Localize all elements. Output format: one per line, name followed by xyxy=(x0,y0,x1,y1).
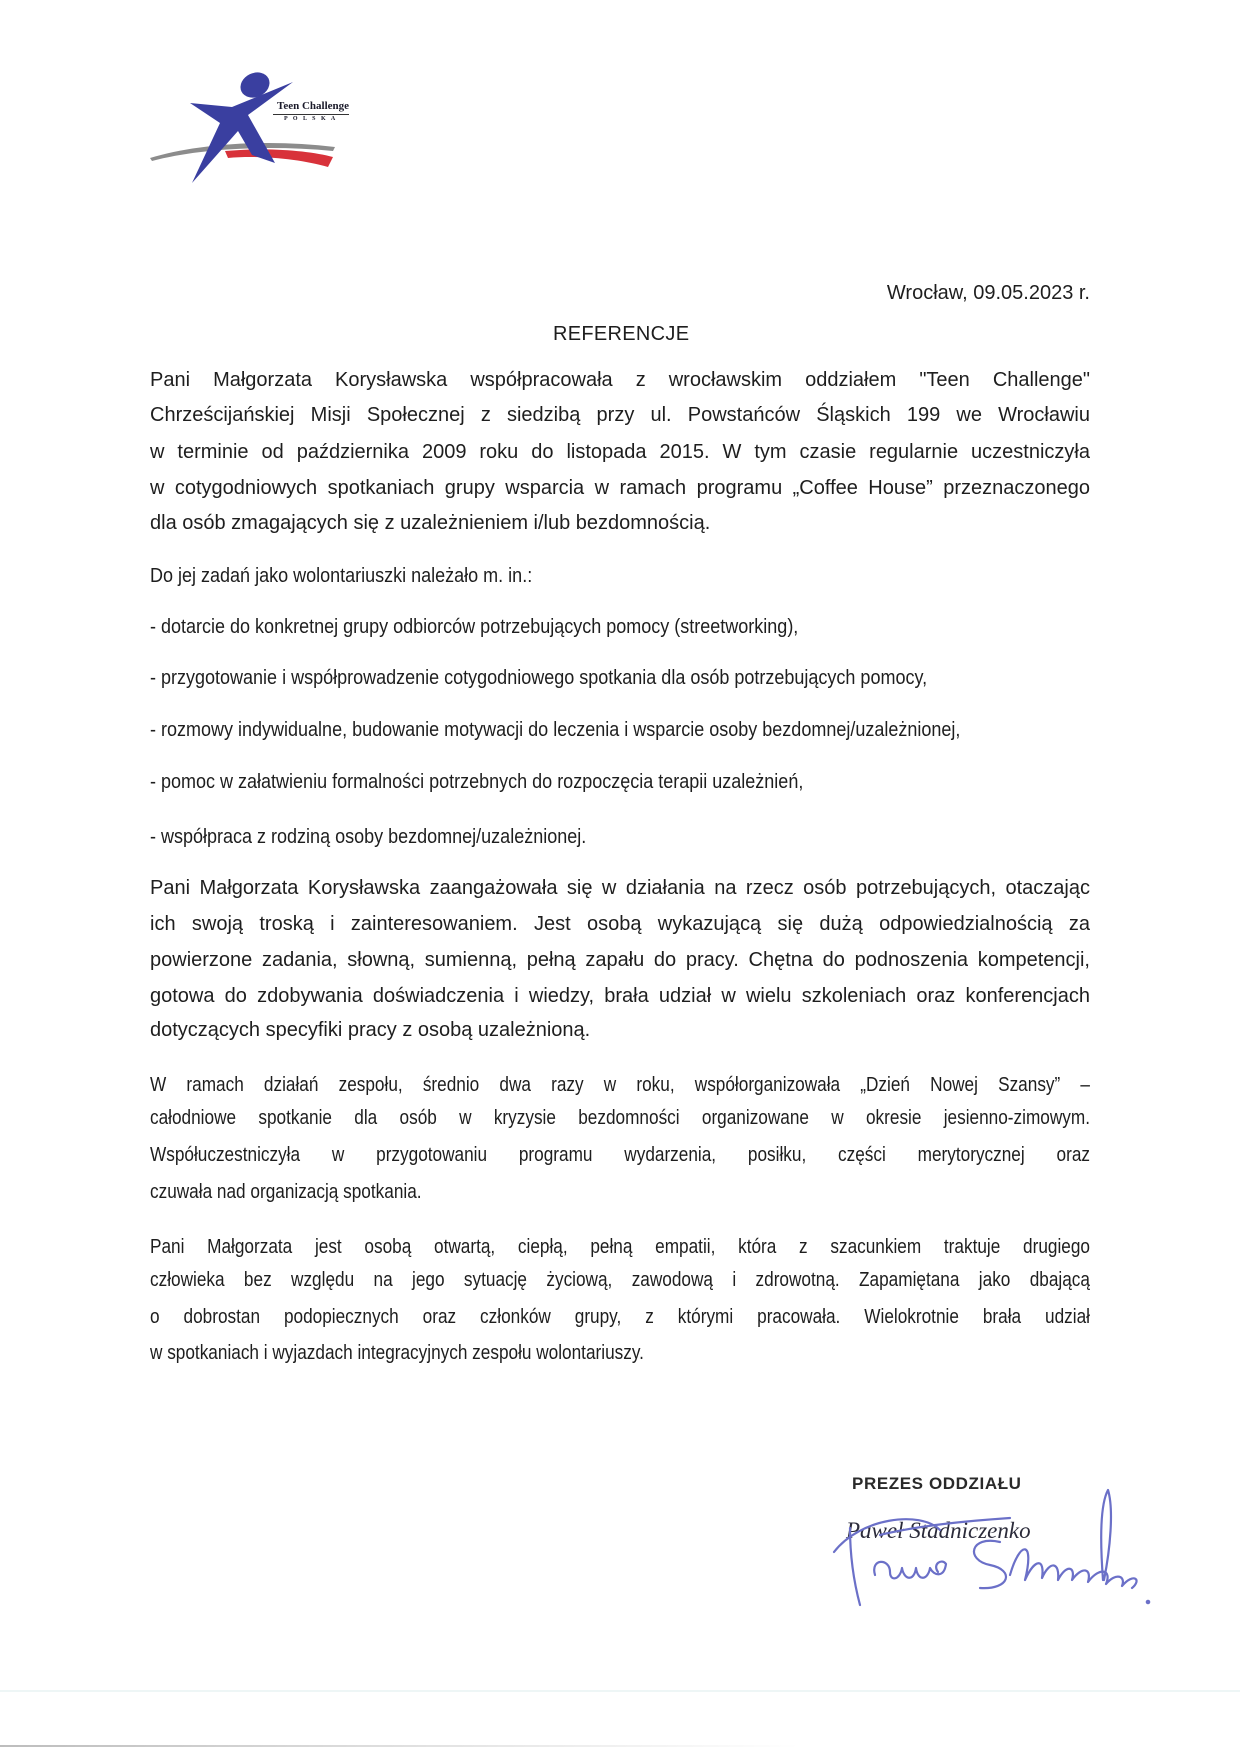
paragraph4-line: o dobrostan podopiecznych oraz członków … xyxy=(150,1305,1090,1329)
task-item: - dotarcie do konkretnej grupy odbiorców… xyxy=(150,615,870,639)
task-item: - rozmowy indywidualne, budowanie motywa… xyxy=(150,718,1050,742)
paragraph2-line: Pani Małgorzata Korysławska zaangażowała… xyxy=(150,876,1090,900)
paragraph4-line: w spotkaniach i wyjazdach integracyjnych… xyxy=(150,1341,1090,1365)
tasks-intro: Do jej zadań jako wolontariuszki należał… xyxy=(150,564,575,588)
paragraph1-line: w terminie od października 2009 roku do … xyxy=(150,440,1090,464)
place-date: Wrocław, 09.05.2023 r. xyxy=(887,282,1090,305)
task-item: - przygotowanie i współprowadzenie cotyg… xyxy=(150,666,1013,690)
paragraph1-line: dla osób zmagających się z uzależnieniem… xyxy=(150,511,1090,535)
paragraph2-line: ich swoją troską i zainteresowaniem. Jes… xyxy=(150,912,1090,936)
paragraph3-line: czuwała nad organizacją spotkania. xyxy=(150,1180,1090,1204)
paragraph1-line: Pani Małgorzata Korysławska współpracowa… xyxy=(150,368,1090,392)
handwritten-signature-icon xyxy=(820,1480,1160,1620)
paragraph3-line: całodniowe spotkanie dla osób w kryzysie… xyxy=(150,1106,1090,1130)
task-item: - współpraca z rodziną osoby bezdomnej/u… xyxy=(150,825,635,849)
paragraph1-line: Chrześcijańskiej Misji Społecznej z sied… xyxy=(150,403,1090,427)
paragraph3-line: Współuczestniczyła w przygotowaniu progr… xyxy=(150,1143,1090,1167)
paragraph3-line: W ramach działań zespołu, średnio dwa ra… xyxy=(150,1073,1090,1097)
scan-edge xyxy=(0,1745,800,1747)
paragraph4-line: człowieka bez względu na jego sytuację ż… xyxy=(150,1268,1090,1292)
paragraph2-line: powierzone zadania, słowną, sumienną, pe… xyxy=(150,948,1090,972)
star-figure-icon xyxy=(140,55,380,205)
logo-rule xyxy=(273,114,349,115)
logo-subtitle: P O L S K A xyxy=(284,116,337,122)
paragraph2-line: gotowa do zdobywania doświadczenia i wie… xyxy=(150,984,1090,1008)
paragraph4-line: Pani Małgorzata jest osobą otwartą, ciep… xyxy=(150,1235,1090,1259)
document-title: REFERENCJE xyxy=(553,323,689,346)
paragraph1-line: w cotygodniowych spotkaniach grupy wspar… xyxy=(150,476,1090,500)
scan-line xyxy=(0,1690,1240,1692)
task-item: - pomoc w załatwieniu formalności potrze… xyxy=(150,770,876,794)
teen-challenge-logo: Teen Challenge P O L S K A xyxy=(140,55,380,205)
paragraph2-line: dotyczących specyfiki pracy z osobą uzal… xyxy=(150,1018,1090,1042)
logo-name: Teen Challenge xyxy=(277,100,349,112)
